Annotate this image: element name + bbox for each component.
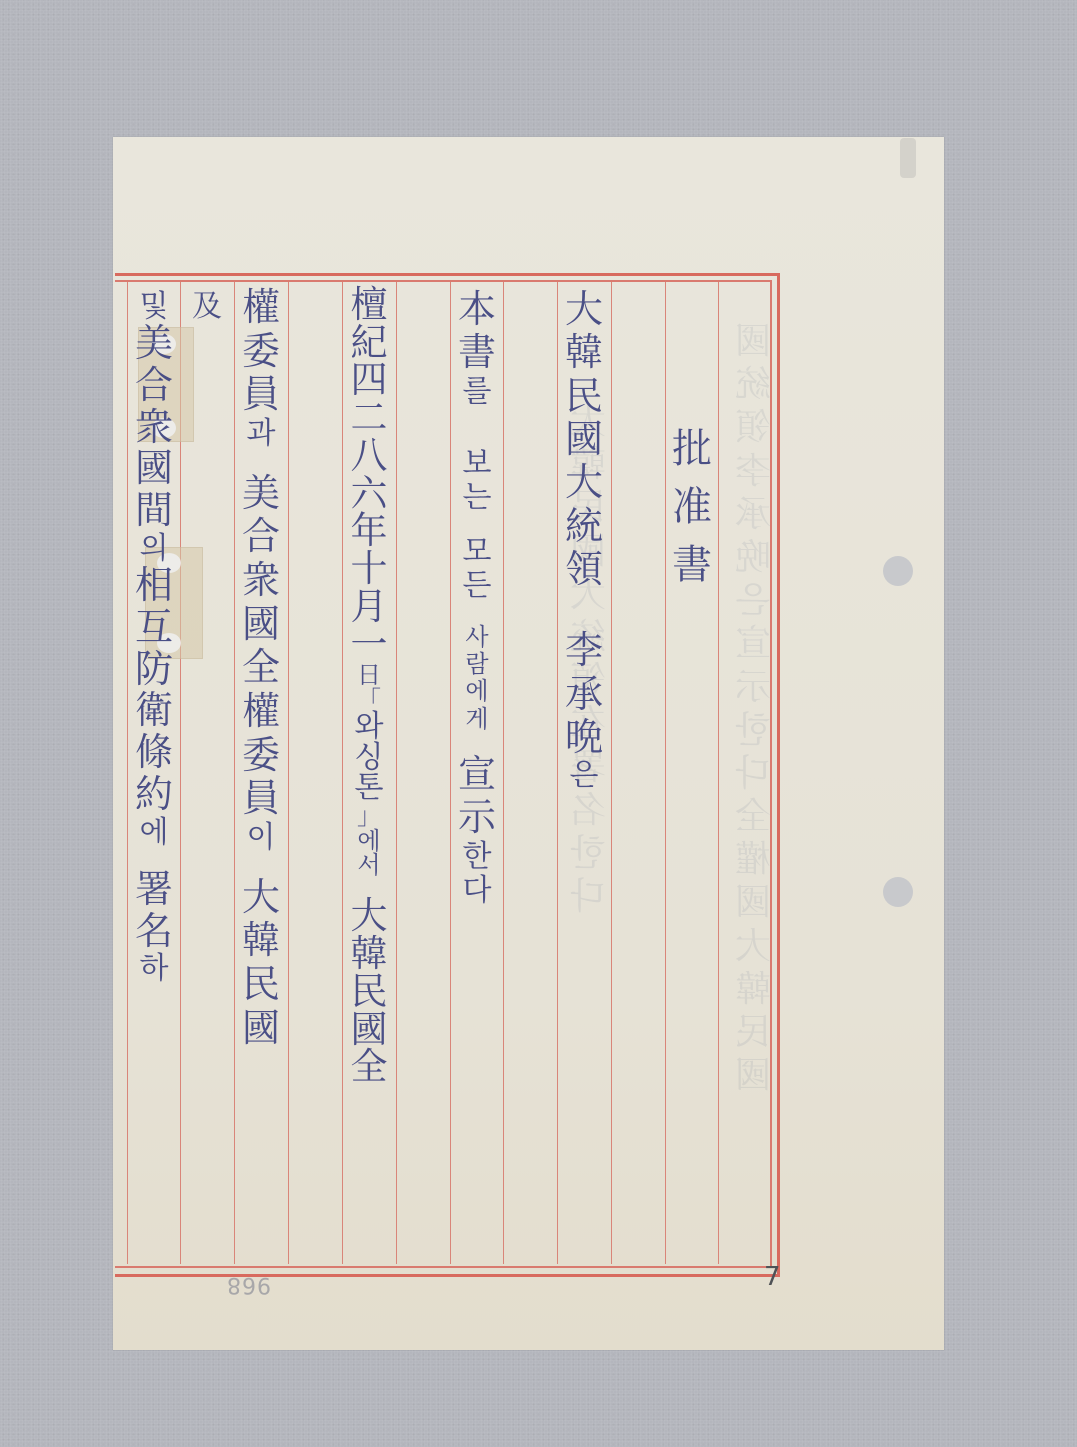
column-rule: [503, 282, 504, 1264]
char: 條: [135, 732, 173, 774]
char: 防: [135, 649, 173, 691]
char: 톤: [355, 773, 384, 804]
text-column-3: 檀 紀 四 二 八 六 年 十 月 一 日 「 와 싱 톤 」 에 서 大 韓 …: [343, 286, 395, 1261]
char: 하: [140, 952, 169, 985]
char: 書: [458, 331, 496, 374]
char: 二: [351, 399, 388, 437]
char: 韓: [242, 919, 280, 963]
char: 게: [465, 706, 488, 733]
column-rule: [718, 282, 719, 1264]
char: 全: [242, 646, 280, 690]
char: 員: [242, 373, 280, 417]
char: 一: [351, 626, 388, 664]
punch-hole-bottom: [883, 877, 913, 907]
char: 權: [242, 286, 280, 330]
char: 相: [135, 565, 173, 607]
char: 美: [135, 323, 173, 365]
char: 에: [140, 816, 169, 849]
char: 間: [135, 490, 173, 532]
char: 의: [140, 532, 169, 565]
char: 宣: [458, 753, 496, 796]
char: 年: [351, 512, 388, 550]
char: 名: [135, 911, 173, 953]
char: 十: [351, 550, 388, 588]
char: 民: [351, 973, 388, 1011]
char: 合: [242, 515, 280, 559]
char: 韓: [565, 331, 603, 374]
column-rule: [396, 282, 397, 1264]
char: 한: [463, 840, 492, 874]
title-column: 批 准 書: [666, 420, 718, 1395]
archive-stamp-number: 968: [226, 1272, 271, 1297]
char: 約: [135, 774, 173, 816]
title-char: 書: [672, 536, 712, 594]
char: 사: [465, 624, 488, 651]
char: 紀: [351, 324, 388, 362]
char: 國: [242, 603, 280, 647]
char: 統: [565, 505, 603, 548]
char: 衆: [135, 407, 173, 449]
char: 四: [351, 361, 388, 399]
char: 를: [463, 375, 492, 409]
char: 大: [242, 876, 280, 920]
char: 大: [565, 461, 603, 504]
text-column-1: 大 韓 民 國 大 統 領 李 承 晩 은: [558, 288, 610, 1263]
char: 日: [357, 663, 381, 687]
char: 」: [357, 804, 381, 828]
char: 國: [565, 418, 603, 461]
char: 와: [355, 712, 384, 743]
char: 서: [357, 853, 380, 877]
char: 本: [458, 288, 496, 331]
char: 員: [242, 777, 280, 821]
char: 合: [135, 365, 173, 407]
char: 大: [565, 288, 603, 331]
char: 美: [242, 472, 280, 516]
char: 람: [465, 651, 488, 678]
char: 示: [458, 796, 496, 839]
char: 月: [351, 588, 388, 626]
char: 다: [463, 874, 492, 908]
char: 民: [242, 963, 280, 1007]
text-column-5-conjunction: 及: [181, 290, 233, 1265]
char: 에: [357, 829, 380, 853]
char: 及: [192, 290, 222, 324]
char: 및: [140, 290, 169, 323]
char: 大: [351, 897, 388, 935]
text-column-5: 및 美 合 衆 國 間 의 相 互 防 衛 條 約 에 署 名 하: [128, 290, 180, 1265]
char: 衆: [242, 559, 280, 603]
title-char: 准: [672, 478, 712, 536]
char: 國: [242, 1007, 280, 1051]
char: 委: [242, 330, 280, 374]
column-rule: [288, 282, 289, 1264]
char: 晩: [565, 716, 603, 759]
char: 이: [247, 821, 276, 856]
corner-smudge: [900, 138, 916, 178]
char: 權: [242, 690, 280, 734]
text-column-4: 權 委 員 과 美 合 衆 國 全 權 委 員 이 大 韓 民 國: [235, 286, 287, 1261]
char: 六: [351, 475, 388, 513]
char: 衛: [135, 690, 173, 732]
char: 李: [565, 629, 603, 672]
char: 보: [463, 447, 492, 481]
char: 에: [465, 678, 488, 705]
page-number: 7: [764, 1262, 781, 1292]
char: 든: [463, 569, 492, 603]
char: 싱: [355, 743, 384, 774]
char: 民: [565, 375, 603, 418]
char: 互: [135, 607, 173, 649]
char: 承: [565, 673, 603, 716]
char: 署: [135, 869, 173, 911]
char: 委: [242, 734, 280, 778]
char: 韓: [351, 935, 388, 973]
char: 과: [247, 417, 276, 452]
char: 八: [351, 437, 388, 475]
char: 領: [565, 548, 603, 591]
char: 國: [351, 1011, 388, 1049]
text-column-2: 本 書 를 보 는 모 든 사 람 에 게 宣 示 한 다: [451, 288, 503, 1263]
char: 모: [463, 535, 492, 569]
char: 全: [351, 1048, 388, 1086]
char: 은: [570, 759, 599, 793]
punch-hole-top: [883, 556, 913, 586]
title-char: 批: [672, 420, 712, 478]
char: 檀: [351, 286, 388, 324]
char: 國: [135, 448, 173, 490]
column-rule: [611, 282, 612, 1264]
char: 는: [463, 481, 492, 515]
